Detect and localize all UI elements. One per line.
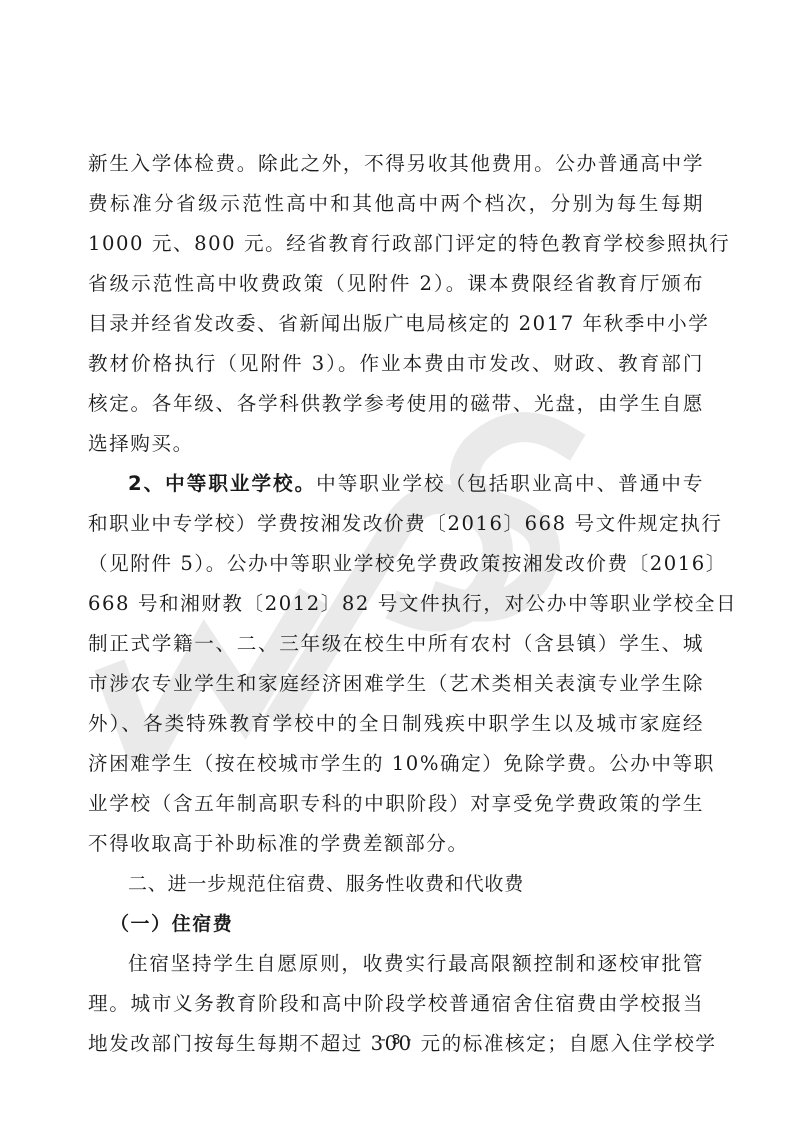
subsection-heading-lodging: （一）住宿费 [88,904,704,944]
text-line: 目录并经省发改委、省新闻出版广电局核定的 2017 年秋季中小学 [88,304,704,344]
text-line: 费标准分省级示范性高中和其他高中两个档次，分别为每生每期 [88,184,704,224]
text-line: 省级示范性高中收费政策（见附件 2）。课本费限经省教育厅颁布 [88,264,704,304]
text-line: 市涉农专业学生和家庭经济困难学生（艺术类相关表演专业学生除 [88,664,704,704]
text-span: 中等职业学校（包括职业高中、普通中专 [316,472,704,495]
document-body: 新生入学体检费。除此之外，不得另收其他费用。公办普通高中学 费标准分省级示范性高… [88,144,704,1064]
text-line: 外）、各类特殊教育学校中的全日制残疾中职学生以及城市家庭经 [88,704,704,744]
text-line: （见附件 5）。公办中等职业学校免学费政策按湘发改价费〔2016〕 [88,544,704,584]
text-line: 选择购买。 [88,424,704,464]
text-line: 668 号和湘财教〔2012〕82 号文件执行，对公办中等职业学校全日 [88,584,704,624]
text-line: 地发改部门按每生每期不超过 300 元的标准核定；自愿入住学校学 [88,1024,704,1064]
text-line: 新生入学体检费。除此之外，不得另收其他费用。公办普通高中学 [88,144,704,184]
text-line: 和职业中专学校）学费按湘发改价费〔2016〕668 号文件规定执行 [88,504,704,544]
text-line: 1000 元、800 元。经省教育行政部门评定的特色教育学校参照执行 [88,224,704,264]
text-line: 理。城市义务教育阶段和高中阶段学校普通宿舍住宿费由学校报当 [88,984,704,1024]
text-line: 业学校（含五年制高职专科的中职阶段）对享受免学费政策的学生 [88,784,704,824]
text-line: 核定。各年级、各学科供教学参考使用的磁带、光盘，由学生自愿 [88,384,704,424]
text-line: 不得收取高于补助标准的学费差额部分。 [88,824,704,864]
text-line: 住宿坚持学生自愿原则，收费实行最高限额控制和逐校审批管 [88,944,704,984]
section-title-vocational: 2、中等职业学校。 [128,472,316,495]
text-line: 制正式学籍一、二、三年级在校生中所有农村（含县镇）学生、城 [88,624,704,664]
text-line: 济困难学生（按在校城市学生的 10%确定）免除学费。公办中等职 [88,744,704,784]
section-heading-2: 二、进一步规范住宿费、服务性收费和代收费 [88,864,704,904]
text-line: 教材价格执行（见附件 3）。作业本费由市发改、财政、教育部门 [88,344,704,384]
section-vocational-first-line: 2、中等职业学校。中等职业学校（包括职业高中、普通中专 [88,464,704,504]
